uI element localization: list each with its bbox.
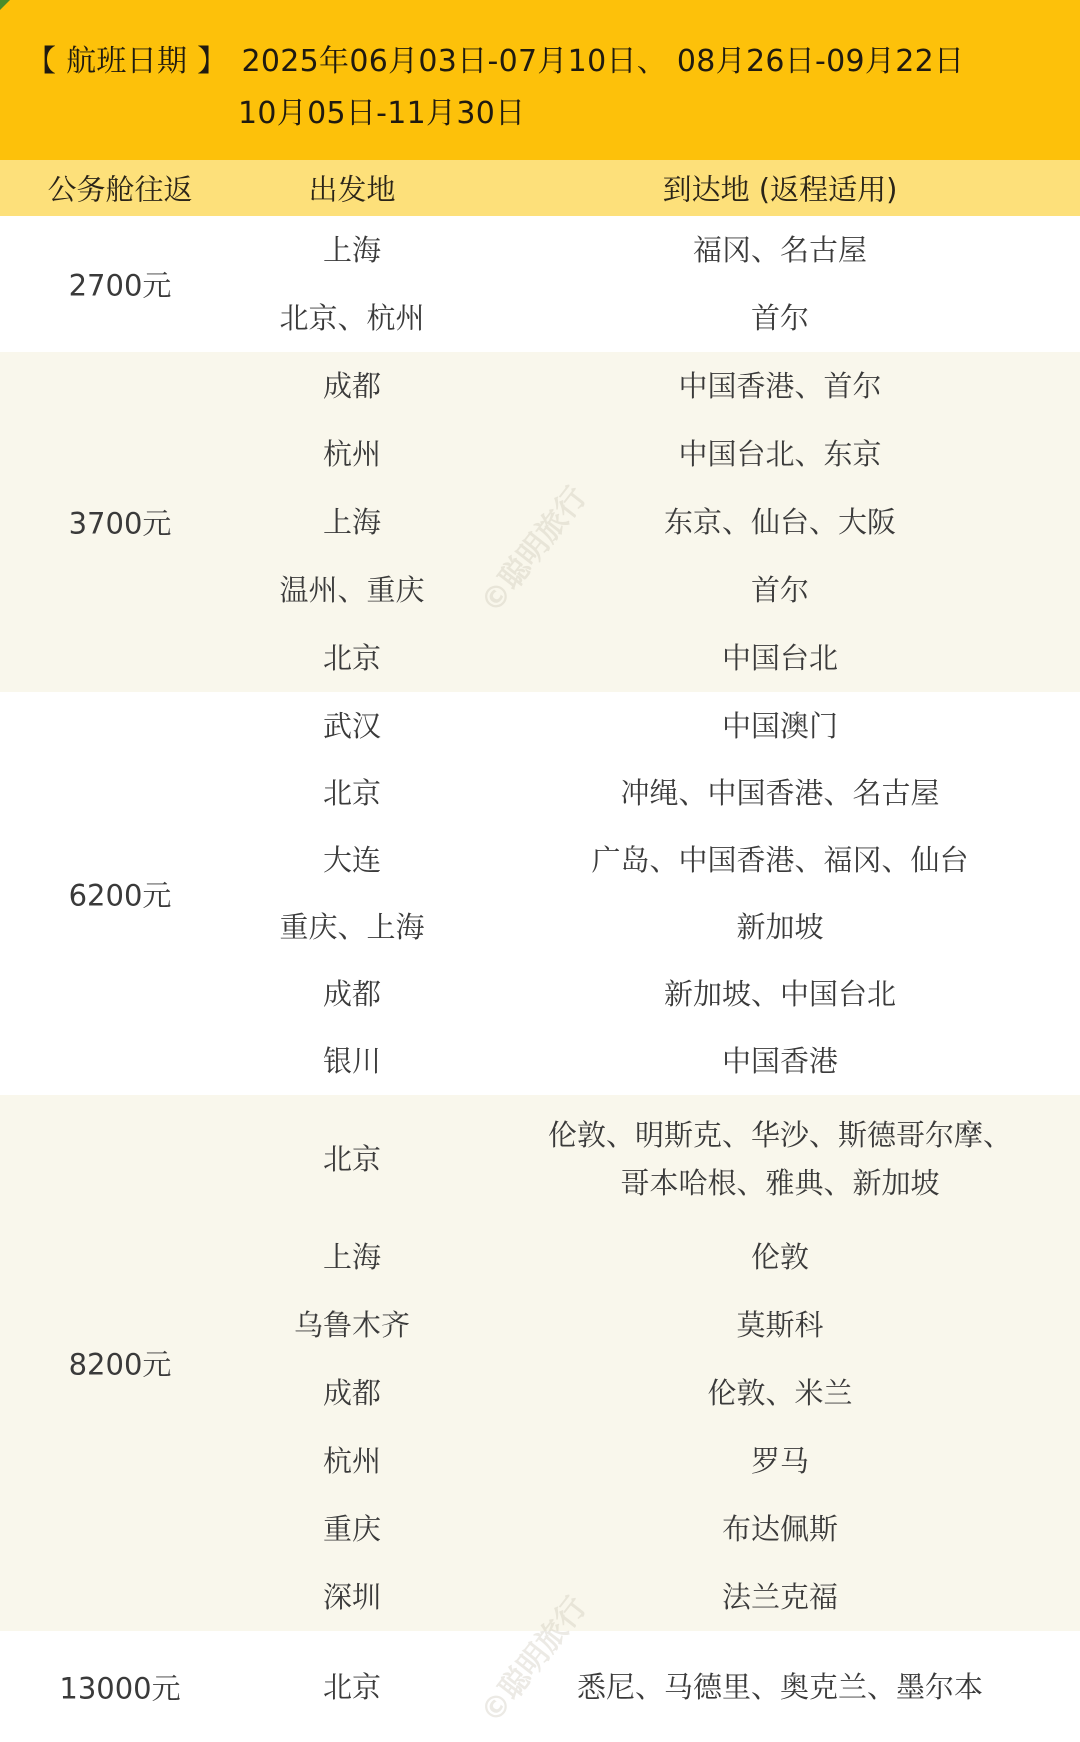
origin-cell: 北京 xyxy=(323,634,381,682)
flight-dates-banner: 【 航班日期 】2025年06月03日-07月10日、 08月26日-09月22… xyxy=(0,0,1080,160)
origin-cell: 杭州 xyxy=(323,430,381,478)
origin-cell: 温州、重庆 xyxy=(279,566,424,614)
table-row: 重庆、上海 新加坡 xyxy=(0,893,1080,960)
column-header-from: 出发地 xyxy=(308,168,395,209)
column-header-to: 到达地 (返程适用) xyxy=(663,168,898,209)
price-group-8200: 8200元 北京 伦敦、明斯克、华沙、斯德哥尔摩、哥本哈根、雅典、新加坡 上海 … xyxy=(0,1095,1080,1631)
destination-cell: 新加坡 xyxy=(736,903,823,951)
destination-cell: 罗马 xyxy=(751,1437,809,1485)
origin-cell: 重庆、上海 xyxy=(279,903,424,951)
destination-cell: 伦敦 xyxy=(751,1233,809,1281)
column-header-price: 公务舱往返 xyxy=(47,168,192,209)
table-row: 成都 新加坡、中国台北 xyxy=(0,960,1080,1027)
origin-cell: 重庆 xyxy=(323,1505,381,1553)
destination-cell: 中国台北 xyxy=(722,634,838,682)
destination-cell: 首尔 xyxy=(751,566,809,614)
origin-cell: 北京 xyxy=(323,769,381,817)
destination-cell: 中国澳门 xyxy=(722,702,838,750)
table-row: 北京 冲绳、中国香港、名古屋 xyxy=(0,759,1080,826)
price-group-3700: 3700元 成都 中国香港、首尔 杭州 中国台北、东京 上海 东京、仙台、大阪 … xyxy=(0,352,1080,692)
table-row: 重庆 布达佩斯 xyxy=(0,1495,1080,1563)
price-group-2700: 2700元 上海 福冈、名古屋 北京、杭州 首尔 xyxy=(0,216,1080,352)
destination-cell: 莫斯科 xyxy=(736,1301,823,1349)
table-row: 杭州 中国台北、东京 xyxy=(0,420,1080,488)
origin-cell: 深圳 xyxy=(323,1573,381,1621)
destination-cell: 东京、仙台、大阪 xyxy=(664,498,896,546)
destination-cell: 冲绳、中国香港、名古屋 xyxy=(620,769,939,817)
table-row: 武汉 中国澳门 xyxy=(0,692,1080,759)
corner-accent xyxy=(0,0,10,10)
flight-dates-label: 【 航班日期 】 xyxy=(26,44,227,79)
origin-cell: 北京、杭州 xyxy=(279,294,424,342)
origin-cell: 大连 xyxy=(323,836,381,884)
price-group-6200: 6200元 武汉 中国澳门 北京 冲绳、中国香港、名古屋 大连 广岛、中国香港、… xyxy=(0,692,1080,1095)
table-row: 上海 伦敦 xyxy=(0,1223,1080,1291)
table-row: 乌鲁木齐 莫斯科 xyxy=(0,1291,1080,1359)
destination-cell: 法兰克福 xyxy=(722,1573,838,1621)
destination-line-1: 伦敦、明斯克、华沙、斯德哥尔摩、 xyxy=(548,1111,1012,1159)
table-row: 成都 中国香港、首尔 xyxy=(0,352,1080,420)
table-row: 上海 福冈、名古屋 xyxy=(0,216,1080,284)
table-row: 温州、重庆 首尔 xyxy=(0,556,1080,624)
table-row: 北京 伦敦、明斯克、华沙、斯德哥尔摩、哥本哈根、雅典、新加坡 xyxy=(0,1095,1080,1223)
table-row: 北京 中国台北 xyxy=(0,624,1080,692)
origin-cell: 上海 xyxy=(323,498,381,546)
table-row: 银川 中国香港 xyxy=(0,1027,1080,1094)
origin-cell: 北京 xyxy=(323,1135,381,1183)
origin-cell: 乌鲁木齐 xyxy=(294,1301,410,1349)
origin-cell: 成都 xyxy=(323,1369,381,1417)
table-row: 成都 伦敦、米兰 xyxy=(0,1359,1080,1427)
origin-cell: 杭州 xyxy=(323,1437,381,1485)
destination-cell: 新加坡、中国台北 xyxy=(664,970,896,1018)
destination-line-2: 哥本哈根、雅典、新加坡 xyxy=(548,1159,1012,1207)
destination-cell: 福冈、名古屋 xyxy=(693,226,867,274)
table-header: 公务舱往返 出发地 到达地 (返程适用) xyxy=(0,160,1080,216)
destination-cell: 中国香港、首尔 xyxy=(678,362,881,410)
destination-cell: 悉尼、马德里、奥克兰、墨尔本 xyxy=(577,1663,983,1711)
flight-dates-line-1: 【 航班日期 】2025年06月03日-07月10日、 08月26日-09月22… xyxy=(26,36,964,80)
origin-cell: 北京 xyxy=(323,1663,381,1711)
destination-cell: 布达佩斯 xyxy=(722,1505,838,1553)
table-row: 杭州 罗马 xyxy=(0,1427,1080,1495)
table-row: 北京、杭州 首尔 xyxy=(0,284,1080,352)
destination-cell: 中国香港 xyxy=(722,1037,838,1085)
origin-cell: 成都 xyxy=(323,362,381,410)
destination-cell: 伦敦、米兰 xyxy=(707,1369,852,1417)
origin-cell: 上海 xyxy=(323,1233,381,1281)
price-group-13000: 13000元 北京 悉尼、马德里、奥克兰、墨尔本 xyxy=(0,1631,1080,1742)
destination-cell: 广岛、中国香港、福冈、仙台 xyxy=(591,836,968,884)
destination-cell: 首尔 xyxy=(751,294,809,342)
origin-cell: 成都 xyxy=(323,970,381,1018)
origin-cell: 上海 xyxy=(323,226,381,274)
destination-cell: 中国台北、东京 xyxy=(678,430,881,478)
flight-dates-ranges: 2025年06月03日-07月10日、 08月26日-09月22日 xyxy=(241,44,964,79)
flight-dates-line-2: 10月05日-11月30日 xyxy=(238,88,525,132)
origin-cell: 武汉 xyxy=(323,702,381,750)
table-row: 上海 东京、仙台、大阪 xyxy=(0,488,1080,556)
destination-cell: 伦敦、明斯克、华沙、斯德哥尔摩、哥本哈根、雅典、新加坡 xyxy=(548,1111,1012,1207)
origin-cell: 银川 xyxy=(323,1037,381,1085)
table-row: 大连 广岛、中国香港、福冈、仙台 xyxy=(0,826,1080,893)
table-row: 北京 悉尼、马德里、奥克兰、墨尔本 xyxy=(0,1631,1080,1742)
table-row: 深圳 法兰克福 xyxy=(0,1563,1080,1631)
